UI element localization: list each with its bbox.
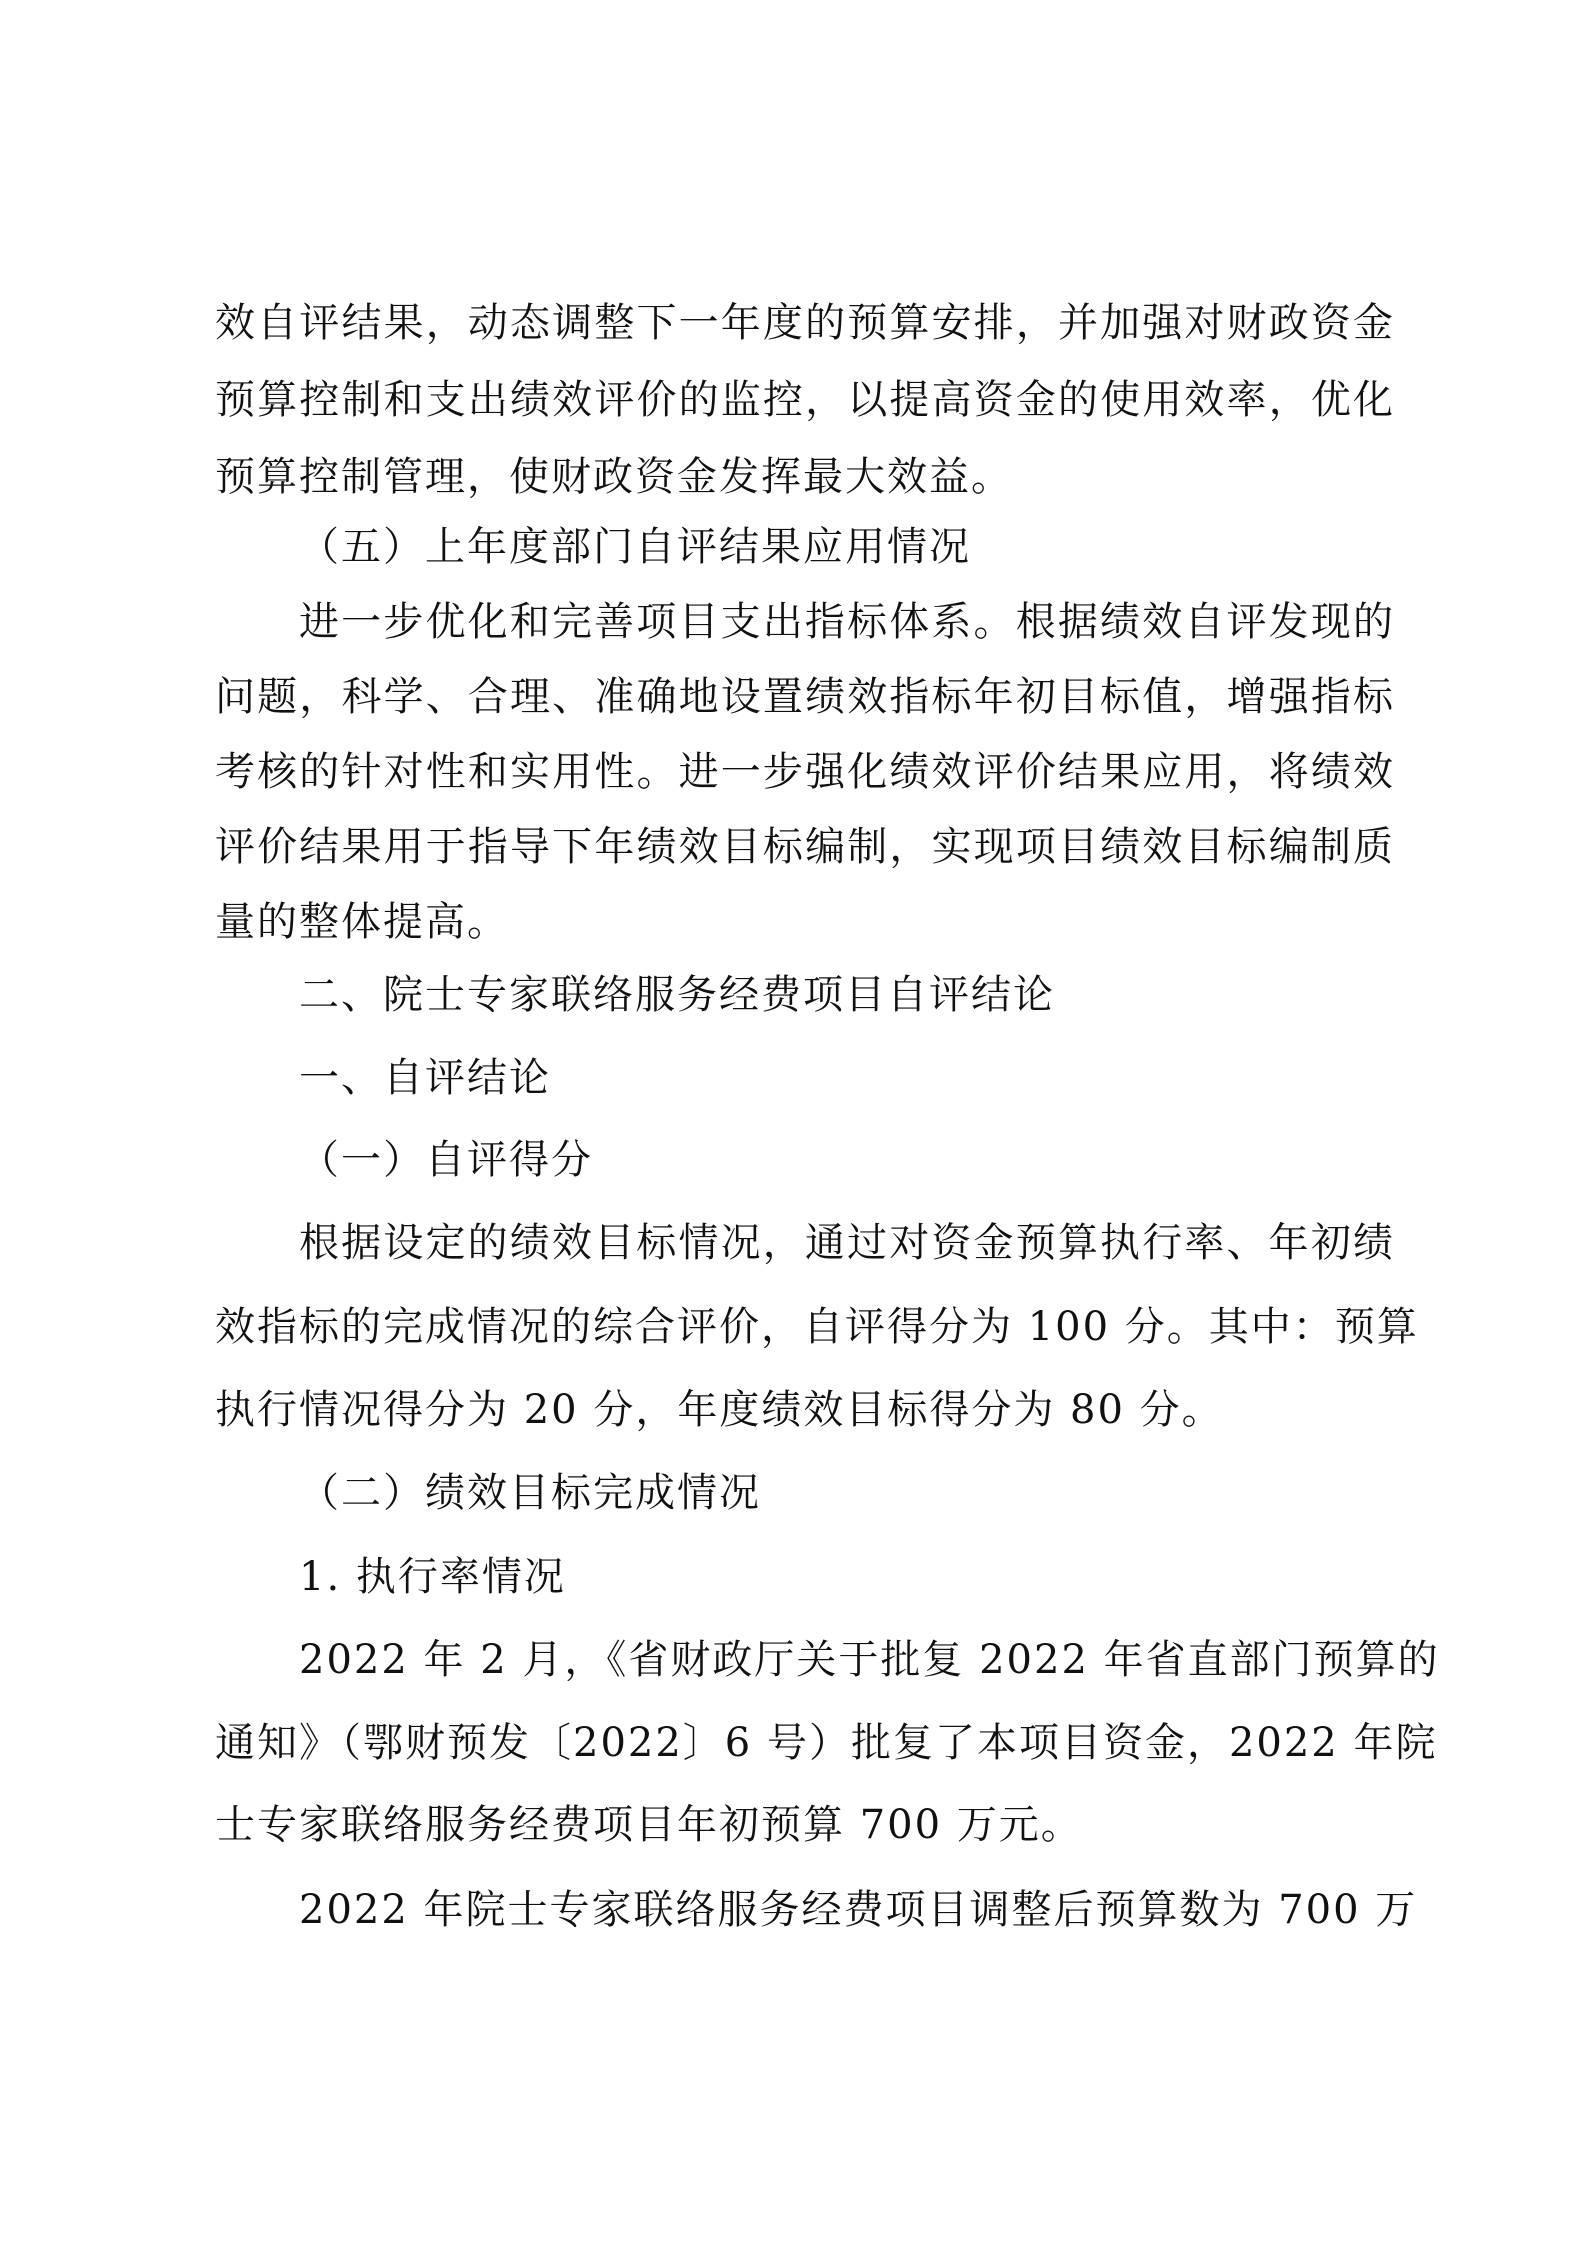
paragraph-line: 量的整体提高。 (215, 898, 1395, 946)
paragraph-line: 通知》（鄂财预发〔2022〕6 号）批复了本项目资金，2022 年院 (215, 1719, 1395, 1767)
section-heading-5: （五）上年度部门自评结果应用情况 (299, 523, 1395, 571)
paragraph-line: 进一步优化和完善项目支出指标体系。根据绩效自评发现的 (299, 598, 1395, 646)
paragraph-line: 效自评结果，动态调整下一年度的预算安排，并加强对财政资金 (215, 299, 1395, 347)
item-heading-1: 1. 执行率情况 (299, 1553, 1395, 1601)
paragraph-line: 根据设定的绩效目标情况，通过对资金预算执行率、年初绩 (299, 1219, 1395, 1267)
subsection-heading-1: （一）自评得分 (299, 1136, 1395, 1184)
paragraph-line: 效指标的完成情况的综合评价，自评得分为 100 分。其中：预算 (215, 1303, 1395, 1351)
subsection-heading-2: （二）绩效目标完成情况 (299, 1469, 1395, 1517)
paragraph-line: 2022 年院士专家联络服务经费项目调整后预算数为 700 万 (299, 1886, 1395, 1934)
paragraph-line: 问题，科学、合理、准确地设置绩效指标年初目标值，增强指标 (215, 673, 1395, 721)
document-page: 效自评结果，动态调整下一年度的预算安排，并加强对财政资金 预算控制和支出绩效评价… (0, 0, 1587, 2245)
paragraph-line: 预算控制管理，使财政资金发挥最大效益。 (215, 453, 1395, 501)
paragraph-line: 执行情况得分为 20 分，年度绩效目标得分为 80 分。 (215, 1386, 1395, 1434)
paragraph-line: 考核的针对性和实用性。进一步强化绩效评价结果应用，将绩效 (215, 748, 1395, 796)
paragraph-line: 评价结果用于指导下年绩效目标编制，实现项目绩效目标编制质 (215, 823, 1395, 871)
paragraph-line: 2022 年 2 月，《省财政厅关于批复 2022 年省直部门预算的 (299, 1636, 1395, 1684)
section-heading: 一、自评结论 (299, 1054, 1395, 1102)
chapter-heading: 二、院士专家联络服务经费项目自评结论 (299, 971, 1395, 1019)
paragraph-line: 预算控制和支出绩效评价的监控，以提高资金的使用效率，优化 (215, 376, 1395, 424)
paragraph-line: 士专家联络服务经费项目年初预算 700 万元。 (215, 1801, 1395, 1849)
